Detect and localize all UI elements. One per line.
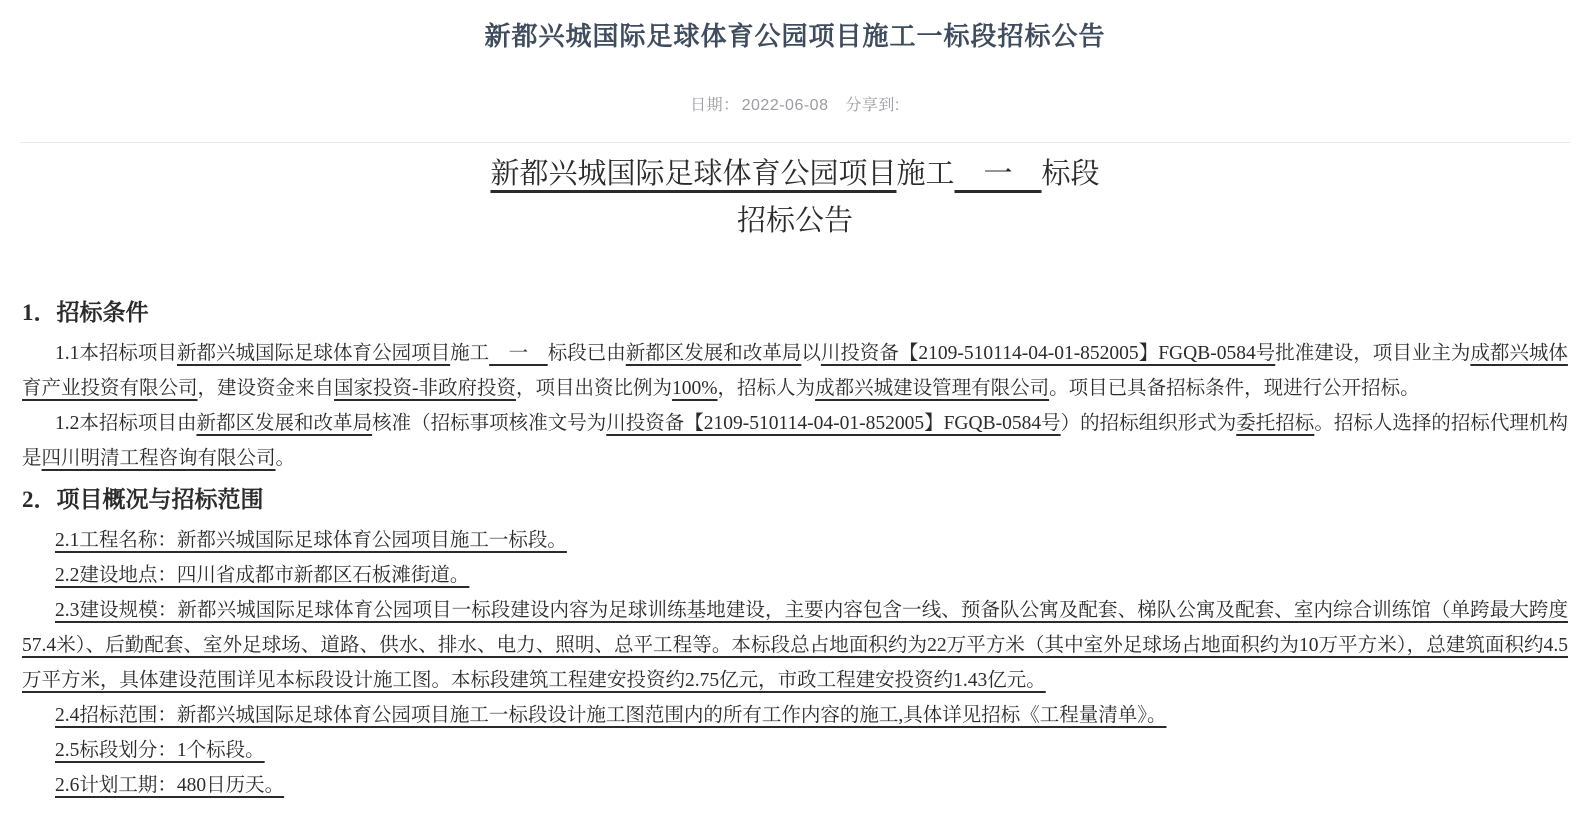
underlined-text: 委托招标 [1236, 413, 1314, 434]
plain-text: 施工 [896, 158, 954, 190]
date-value: 2022-06-08 [742, 97, 829, 114]
document-title-line1: 新都兴城国际足球体育公园项目施工 一 标段 [22, 151, 1568, 198]
plain-text: 标段 [1042, 158, 1100, 190]
page-header: 新都兴城国际足球体育公园项目施工一标段招标公告 日期：2022-06-08 分享… [0, 0, 1590, 143]
tender-announcement-page: 新都兴城国际足球体育公园项目施工一标段招标公告 日期：2022-06-08 分享… [0, 0, 1590, 817]
plain-text: 批准建设，项目业主为 [1275, 343, 1470, 364]
underlined-text: 成都兴城建设管理有限公司 [815, 378, 1049, 399]
underlined-text: 2.1工程名称：新都兴城国际足球体育公园项目施工一标段。 [55, 530, 567, 551]
underlined-text: 川投资备【2109-510114-04-01-852005】FGQB-0584号 [606, 413, 1060, 434]
underlined-text: 国家投资-非政府投资 [334, 378, 516, 399]
meta-row: 日期：2022-06-08 分享到: [0, 92, 1590, 115]
underlined-text: 四川明清工程咨询有限公司 [42, 448, 276, 469]
plain-text: 。 [276, 448, 296, 469]
item-2-1-project-name: 2.1工程名称：新都兴城国际足球体育公园项目施工一标段。 [22, 523, 1568, 558]
document-body: 新都兴城国际足球体育公园项目施工 一 标段 招标公告 1．招标条件 1.1本招标… [0, 143, 1590, 817]
underlined-text: 新都区发展和改革局 [196, 413, 372, 434]
section-1-heading: 1．招标条件 [22, 295, 1568, 331]
document-title-line2: 招标公告 [22, 198, 1568, 245]
underlined-text: 川投资备【2109-510114-04-01-852005】FGQB-0584号 [821, 343, 1275, 364]
item-2-5-lot-division: 2.5标段划分：1个标段。 [22, 733, 1568, 768]
share-to-button[interactable]: 分享到: [845, 97, 899, 114]
plain-text: 以 [801, 343, 821, 364]
underlined-text: 新都兴城国际足球体育公园项目 [177, 343, 450, 364]
plain-text: ，招标人为 [718, 378, 816, 399]
underlined-text: 100% [672, 378, 718, 399]
item-2-2-location: 2.2建设地点：四川省成都市新都区石板滩街道。 [22, 558, 1568, 593]
item-2-3-scale: 2.3建设规模：新都兴城国际足球体育公园项目一标段建设内容为足球训练基地建设，主… [22, 593, 1568, 698]
underlined-text: 新都区发展和改革局 [626, 343, 802, 364]
plain-text: 施工 [450, 343, 489, 364]
date-label: 日期： [690, 97, 740, 114]
underlined-text: 2.2建设地点：四川省成都市新都区石板滩街道。 [55, 565, 469, 586]
plain-text: 核准（招标事项核准文号为 [372, 413, 606, 434]
plain-text: ）的招标组织形式为 [1061, 413, 1237, 434]
plain-text: ，建设资金来自 [198, 378, 335, 399]
item-2-6-planned-duration: 2.6计划工期：480日历天。 [22, 768, 1568, 803]
plain-text: ，项目出资比例为 [516, 378, 672, 399]
paragraph-1-2: 1.2本招标项目由新都区发展和改革局核准（招标事项核准文号为川投资备【2109-… [22, 406, 1568, 476]
underlined-text: 2.3建设规模：新都兴城国际足球体育公园项目一标段建设内容为足球训练基地建设，主… [22, 600, 1568, 691]
underlined-text: 新都兴城国际足球体育公园项目 [490, 158, 896, 190]
item-2-4-scope: 2.4招标范围：新都兴城国际足球体育公园项目施工一标段设计施工图范围内的所有工作… [22, 698, 1568, 733]
underlined-text: 2.4招标范围：新都兴城国际足球体育公园项目施工一标段设计施工图范围内的所有工作… [55, 705, 1167, 726]
plain-text: 。项目已具备招标条件，现进行公开招标。 [1049, 378, 1420, 399]
underlined-text: 2.6计划工期：480日历天。 [55, 775, 284, 796]
underlined-text: 一 [955, 158, 1042, 190]
plain-text: 1.1本招标项目 [55, 343, 177, 364]
paragraph-1-1: 1.1本招标项目新都兴城国际足球体育公园项目施工 一 标段已由新都区发展和改革局… [22, 336, 1568, 406]
section-2-heading: 2．项目概况与招标范围 [22, 482, 1568, 518]
underlined-text: 2.5标段划分：1个标段。 [55, 740, 265, 761]
page-title: 新都兴城国际足球体育公园项目施工一标段招标公告 [0, 20, 1590, 52]
underlined-text: 一 [489, 343, 548, 364]
plain-text: 1.2本招标项目由 [55, 413, 196, 434]
plain-text: 标段已由 [548, 343, 626, 364]
